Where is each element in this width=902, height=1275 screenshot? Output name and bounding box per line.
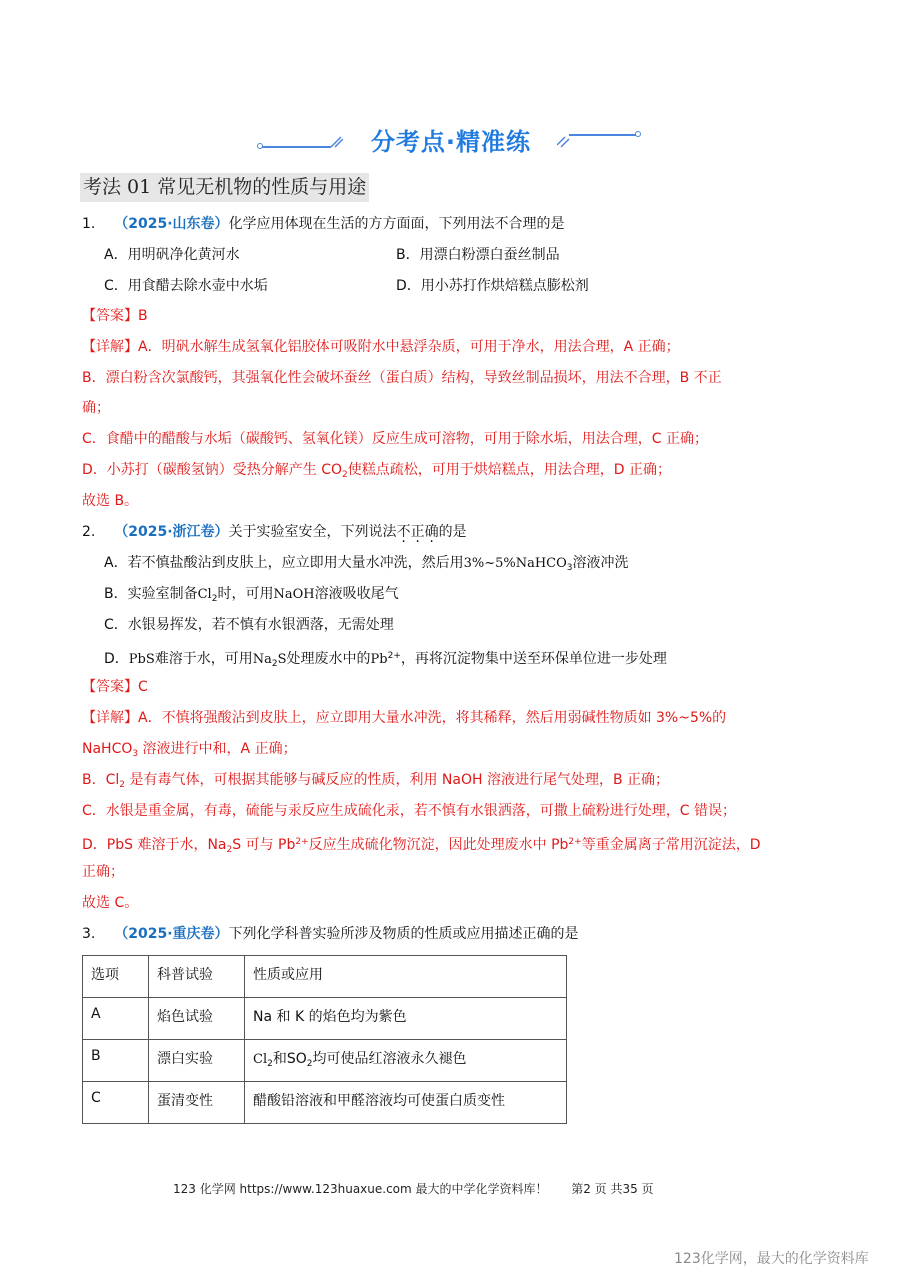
answer-value: B (138, 308, 148, 324)
detail-label: 【详解】 (82, 339, 138, 355)
table-cell-option: A (83, 998, 149, 1040)
option-text: ，再将沉淀物集中送至环保单位进一步处理 (401, 651, 667, 667)
table-row: B 漂白实验 Cl2和SO2均可使品红溶液永久褪色 (83, 1040, 567, 1082)
table-cell-description: Cl2和SO2均可使品红溶液永久褪色 (245, 1040, 567, 1082)
superscript: 2+ (295, 837, 308, 847)
q2-detail-a-cont: NaHCO3 溶液进行中和，A 正确； (82, 739, 297, 764)
detail-text: NaHCO (82, 741, 132, 757)
detail-label: 【详解】 (82, 710, 138, 726)
q2-option-a: A．若不慎盐酸沾到皮肤上，应立即用大量水冲洗，然后用3%~5%NaHCO3溶液冲… (104, 553, 629, 578)
page-number: 第2 页 共35 页 (571, 1182, 653, 1196)
question-text: 的是 (439, 524, 467, 540)
chem-formula: Na (253, 652, 272, 667)
option-text: D． (104, 651, 129, 667)
banner-slash-right-icon (557, 136, 571, 148)
banner-dot-left-icon (257, 143, 263, 149)
banner-slash-left-icon (329, 136, 343, 148)
q1-option-a: A．用明矾净化黄河水 (104, 245, 240, 265)
superscript: 2+ (388, 651, 401, 661)
table-header-row: 选项 科普试验 性质或应用 (83, 956, 567, 998)
table-cell-description: 醋酸铅溶液和甲醛溶液均可使蛋白质变性 (245, 1082, 567, 1124)
chem-formula: Cl (253, 1052, 267, 1067)
question-1-stem: 1. （2025·山东卷）化学应用体现在生活的方方面面，下列用法不合理的是 (82, 214, 565, 234)
q1-detail-b: B．漂白粉含次氯酸钙，其强氧化性会破坏蚕丝（蛋白质）结构，导致丝制品损坏，用法不… (82, 368, 722, 388)
q2-detail-a: 【详解】A．不慎将强酸沾到皮肤上，应立即用大量水冲洗，将其稀释，然后用弱碱性物质… (82, 708, 726, 728)
detail-text: 是有毒气体，可根据其能够与碱反应的性质，利用 NaOH 溶液进行尾气处理，B 正… (125, 772, 669, 788)
answer-value: C (138, 679, 148, 695)
table-cell-experiment: 焰色试验 (149, 998, 245, 1040)
option-text: 时，可用 (217, 586, 273, 602)
q2-detail-d: D．PbS 难溶于水，Na2S 可与 Pb2+反应生成硫化物沉淀，因此处理废水中… (82, 832, 760, 860)
chem-formula: Cl (198, 587, 212, 602)
detail-text: A．明矾水解生成氢氧化铝胶体可吸附水中悬浮杂质，可用于净水，用法合理，A 正确； (138, 339, 680, 355)
footer-text: 123 化学网 https://www.123huaxue.com 最大的中学化… (173, 1182, 548, 1196)
chem-formula: Pb (371, 652, 388, 667)
question-2-stem: 2. （2025·浙江卷）关于实验室安全，下列说法不正确的是 (82, 522, 467, 542)
detail-text: B．Cl (82, 772, 119, 788)
q2-detail-b: B．Cl2 是有毒气体，可根据其能够与碱反应的性质，利用 NaOH 溶液进行尾气… (82, 770, 669, 795)
table-cell-description: Na 和 K 的焰色均为紫色 (245, 998, 567, 1040)
table-cell-option: C (83, 1082, 149, 1124)
question-source: （2025·重庆卷） (114, 926, 228, 942)
detail-text: 等重金属离子常用沉淀法，D (582, 837, 761, 853)
question-text: 化学应用体现在生活的方方面面，下列用法不合理的是 (229, 216, 565, 232)
section-banner: 分考点·精准练 (255, 124, 647, 162)
question-source: （2025·山东卷） (114, 216, 228, 232)
q2-conclusion: 故选 C。 (82, 893, 138, 913)
option-text: 处理废水中的 (287, 651, 371, 667)
table-cell-option: B (83, 1040, 149, 1082)
cell-text: 均可使品红溶液永久褪色 (312, 1051, 466, 1067)
detail-text: D．小苏打（碳酸氢钠）受热分解产生 CO (82, 462, 342, 478)
question-text: 关于实验室安全，下列说法 (229, 524, 397, 540)
table-row: A 焰色试验 Na 和 K 的焰色均为紫色 (83, 998, 567, 1040)
detail-text: 反应生成硫化物沉淀，因此处理废水中 Pb (309, 837, 569, 853)
q1-answer: 【答案】B (82, 306, 148, 326)
chem-formula: NaOH (273, 587, 314, 602)
emphasis-text: 不 (397, 524, 411, 540)
detail-text: A．不慎将强酸沾到皮肤上，应立即用大量水冲洗，将其稀释，然后用弱碱性物质如 3%… (138, 710, 726, 726)
question-number: 1. (82, 216, 95, 232)
banner-title: 分考点·精准练 (351, 124, 551, 160)
detail-text: 溶液进行中和，A 正确； (138, 741, 296, 757)
detail-text: S 可与 Pb (232, 837, 295, 853)
watermark: 123化学网，最大的化学资料库 (674, 1248, 869, 1268)
q1-option-b: B．用漂白粉漂白蚕丝制品 (396, 245, 560, 265)
page-footer: 123 化学网 https://www.123huaxue.com 最大的中学化… (173, 1180, 654, 1197)
table-header-cell: 科普试验 (149, 956, 245, 998)
q2-detail-d-cont: 正确； (82, 862, 124, 882)
chem-formula: PbS (129, 652, 155, 667)
detail-text: 使糕点疏松，可用于烘焙糕点，用法合理，D 正确； (348, 462, 671, 478)
detail-text: D．PbS 难溶于水，Na (82, 837, 227, 853)
banner-dot-right-icon (635, 131, 641, 137)
question-number: 3. (82, 926, 95, 942)
q1-option-c: C．用食醋去除水壶中水垢 (104, 276, 268, 296)
table-header-cell: 性质或应用 (245, 956, 567, 998)
option-text: 难溶于水，可用 (155, 651, 253, 667)
q2-option-b: B．实验室制备Cl2时，可用NaOH溶液吸收尾气 (104, 584, 399, 609)
section-title: 考法 01 常见无机物的性质与用途 (80, 173, 369, 202)
option-text: 溶液冲洗 (573, 555, 629, 571)
question-3-stem: 3. （2025·重庆卷）下列化学科普实验所涉及物质的性质或应用描述正确的是 (82, 924, 579, 944)
table-header-cell: 选项 (83, 956, 149, 998)
q2-detail-c: C．水银是重金属，有毒，硫能与汞反应生成硫化汞，若不慎有水银洒落，可撒上硫粉进行… (82, 801, 736, 821)
question-text: 下列化学科普实验所涉及物质的性质或应用描述正确的是 (229, 926, 579, 942)
q1-detail-d: D．小苏打（碳酸氢钠）受热分解产生 CO2使糕点疏松，可用于烘焙糕点，用法合理，… (82, 460, 671, 485)
option-text: B．实验室制备 (104, 586, 198, 602)
q2-option-d: D．PbS难溶于水，可用Na2S处理废水中的Pb2+，再将沉淀物集中送至环保单位… (104, 646, 667, 674)
q1-detail-a: 【详解】A．明矾水解生成氢氧化铝胶体可吸附水中悬浮杂质，可用于净水，用法合理，A… (82, 337, 680, 357)
emphasis-text: 正 (411, 524, 425, 540)
banner-line-left (261, 146, 331, 148)
option-text: A．若不慎盐酸沾到皮肤上，应立即用大量水冲洗，然后用 (104, 555, 464, 571)
question-number: 2. (82, 524, 95, 540)
table-row: C 蛋清变性 醋酸铅溶液和甲醛溶液均可使蛋白质变性 (83, 1082, 567, 1124)
answer-label: 【答案】 (82, 308, 138, 324)
question-source: （2025·浙江卷） (114, 524, 228, 540)
option-text: 溶液吸收尾气 (315, 586, 399, 602)
q2-answer: 【答案】C (82, 677, 148, 697)
q1-conclusion: 故选 B。 (82, 491, 138, 511)
q1-option-d: D．用小苏打作烘焙糕点膨松剂 (396, 276, 589, 296)
emphasis-text: 确 (425, 524, 439, 540)
table-cell-experiment: 漂白实验 (149, 1040, 245, 1082)
answer-label: 【答案】 (82, 679, 138, 695)
superscript: 2+ (568, 837, 581, 847)
chem-formula: S (278, 652, 287, 667)
q2-option-c: C．水银易挥发，若不慎有水银洒落，无需处理 (104, 615, 394, 635)
q3-table: 选项 科普试验 性质或应用 A 焰色试验 Na 和 K 的焰色均为紫色 B 漂白… (82, 955, 567, 1124)
table-cell-experiment: 蛋清变性 (149, 1082, 245, 1124)
banner-line-right (569, 134, 637, 136)
chem-formula: 和SO (273, 1051, 307, 1067)
q1-detail-b-cont: 确； (82, 398, 110, 418)
chem-formula: 3%~5%NaHCO (464, 556, 567, 571)
q1-detail-c: C．食醋中的醋酸与水垢（碳酸钙、氢氧化镁）反应生成可溶物，可用于除水垢，用法合理… (82, 429, 708, 449)
